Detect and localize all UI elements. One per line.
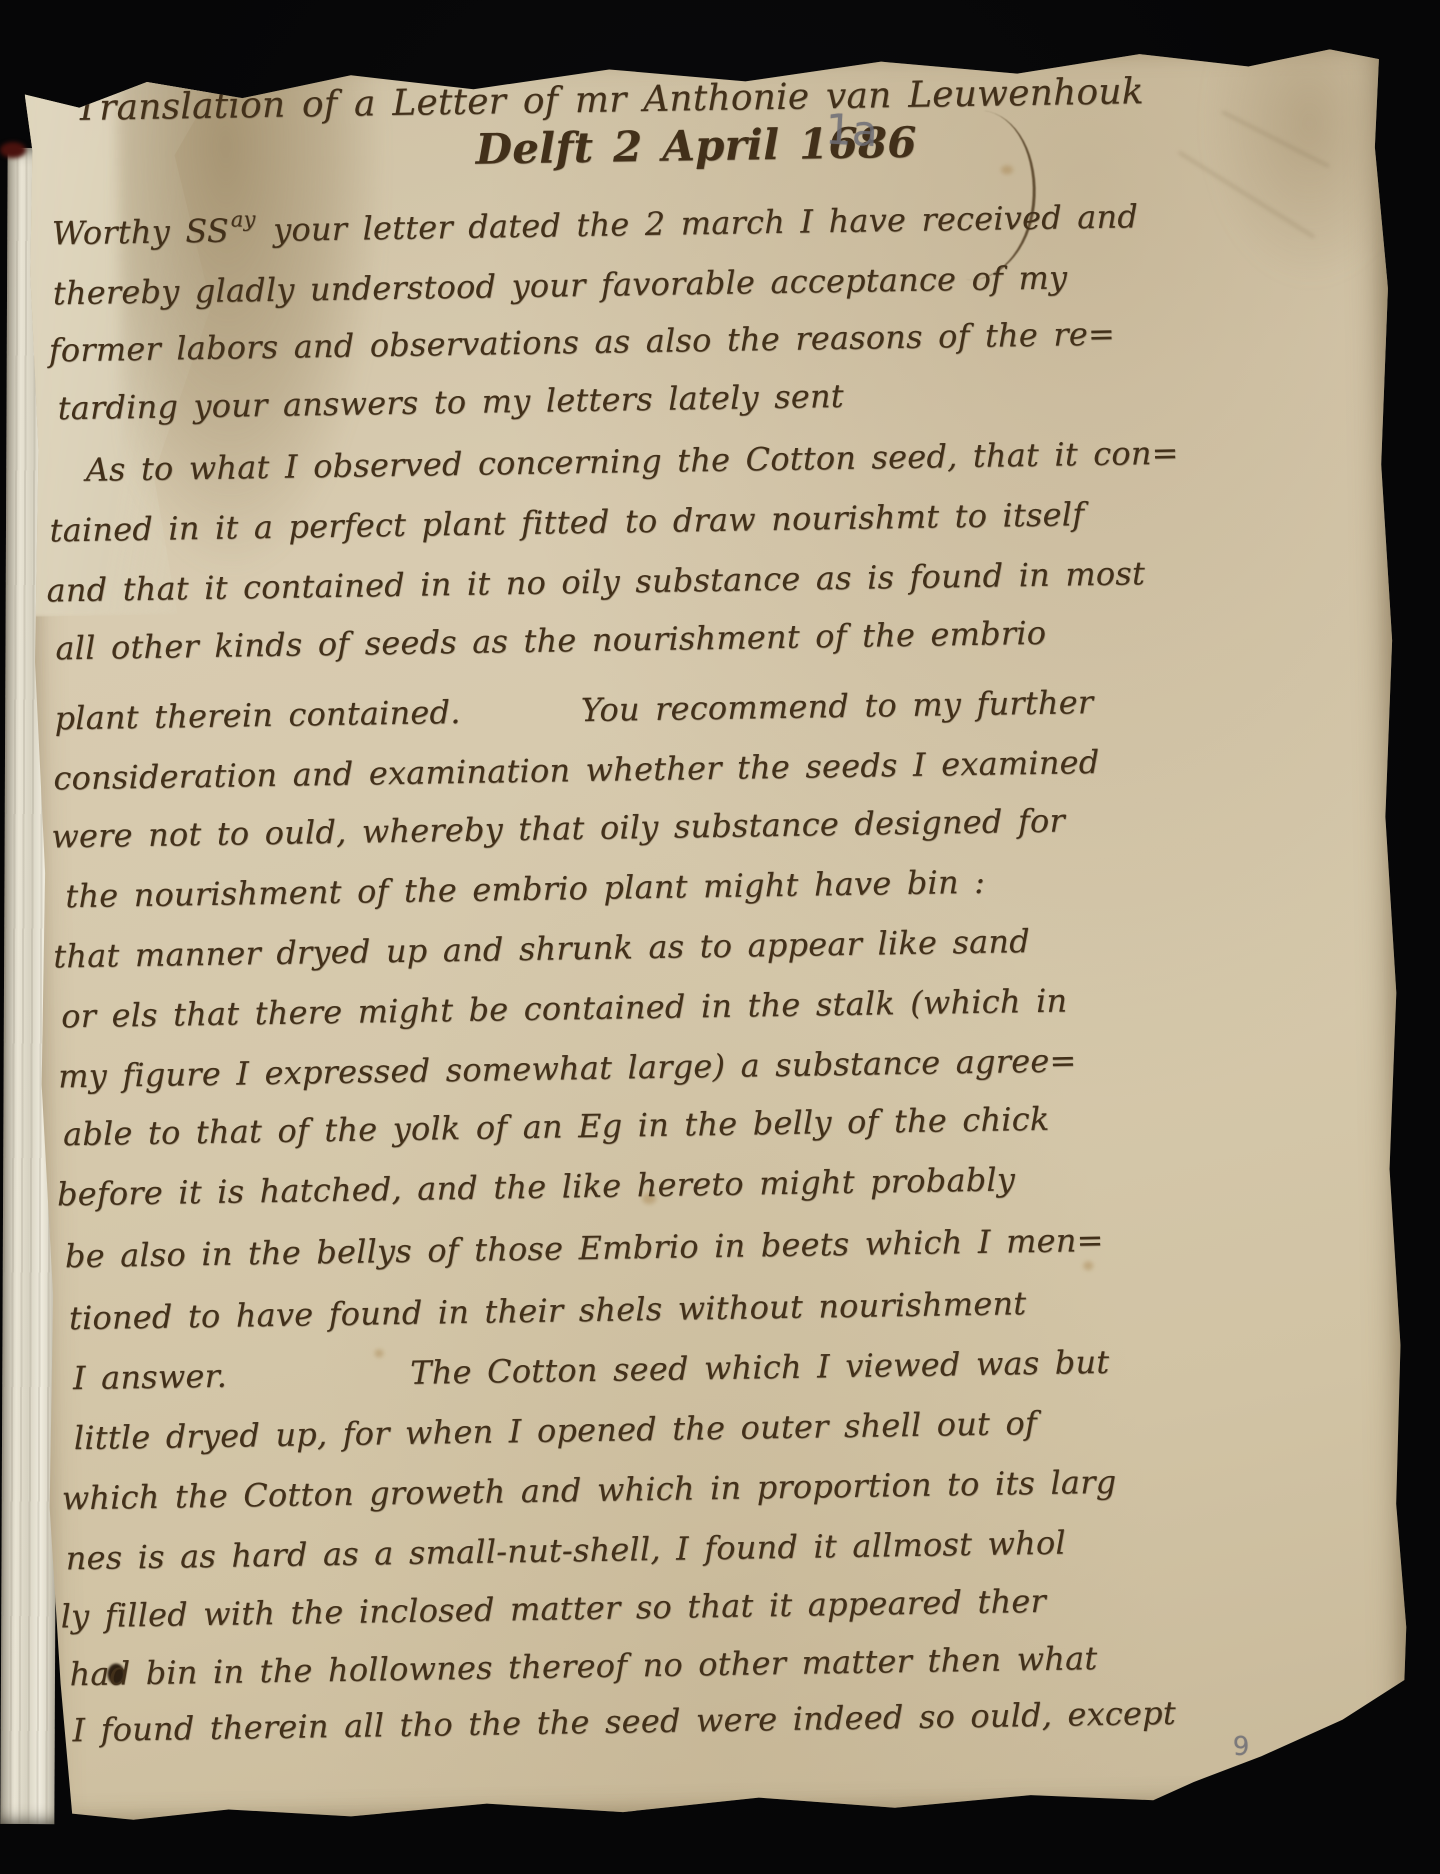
body-line: I answer. The Cotton seed which I viewed… [73,1346,1110,1396]
salutation: Worthy SS [52,212,230,253]
body-line: tarding your answers to my letters latel… [57,380,844,426]
body-line: the nourishment of the embrio plant migh… [65,866,985,914]
body-line-text: I answer. [73,1357,228,1397]
body-line: plant therein contained. You recommend t… [54,686,1093,736]
body-line-text: plant therein contained. [54,693,461,737]
body-line: all other kinds of seeds as the nourishm… [55,617,1046,666]
body-line: nes is as hard as a small-nut-shell, I f… [65,1527,1066,1576]
body-line: able to that of the yolk of an Eg in the… [63,1103,1050,1152]
body-line: which the Cotton groweth and which in pr… [62,1466,1117,1516]
pencil-page-number: 9 [1233,1732,1250,1762]
body-line: my figure I expressed somewhat large) a … [58,1044,1077,1094]
header-superscript: I [1009,49,1020,79]
paper-stain-top-right [1194,47,1388,300]
body-line: be also in the bellys of those Embrio in… [65,1224,1104,1274]
pencil-folio-mark: 1a [824,104,879,156]
paper-stain-top-left [116,49,394,583]
body-line-text: The Cotton seed which I viewed was but [410,1346,1110,1391]
red-ink-spot [0,142,26,158]
body-line: had bin in the hollownes thereof no othe… [69,1642,1097,1692]
body-line: consideration and examination whether th… [53,746,1099,796]
body-line: ly filled with the inclosed matter so th… [60,1585,1046,1634]
body-line-text: You recommend to my further [581,686,1094,728]
manuscript-page: Translation of a Letter of mr Anthonie v… [24,41,1412,1824]
salutation-superscript: ay [231,207,256,231]
body-line: I found therein all tho the the seed wer… [72,1697,1176,1748]
body-line: before it is hatched, and the like heret… [57,1163,1016,1212]
body-line: or els that there might be contained in … [61,985,1068,1034]
body-line: that manner dryed up and shrunk as to ap… [53,925,1030,974]
body-line: tioned to have found in their shels with… [69,1287,1027,1336]
fox-spot [374,1349,383,1357]
body-line: were not to ould, whereby that oily subs… [51,805,1065,855]
fox-spot [1083,1261,1093,1270]
body-line: little dryed up, for when I opened the o… [74,1407,1038,1456]
photograph-background: Translation of a Letter of mr Anthonie v… [0,0,1440,1874]
